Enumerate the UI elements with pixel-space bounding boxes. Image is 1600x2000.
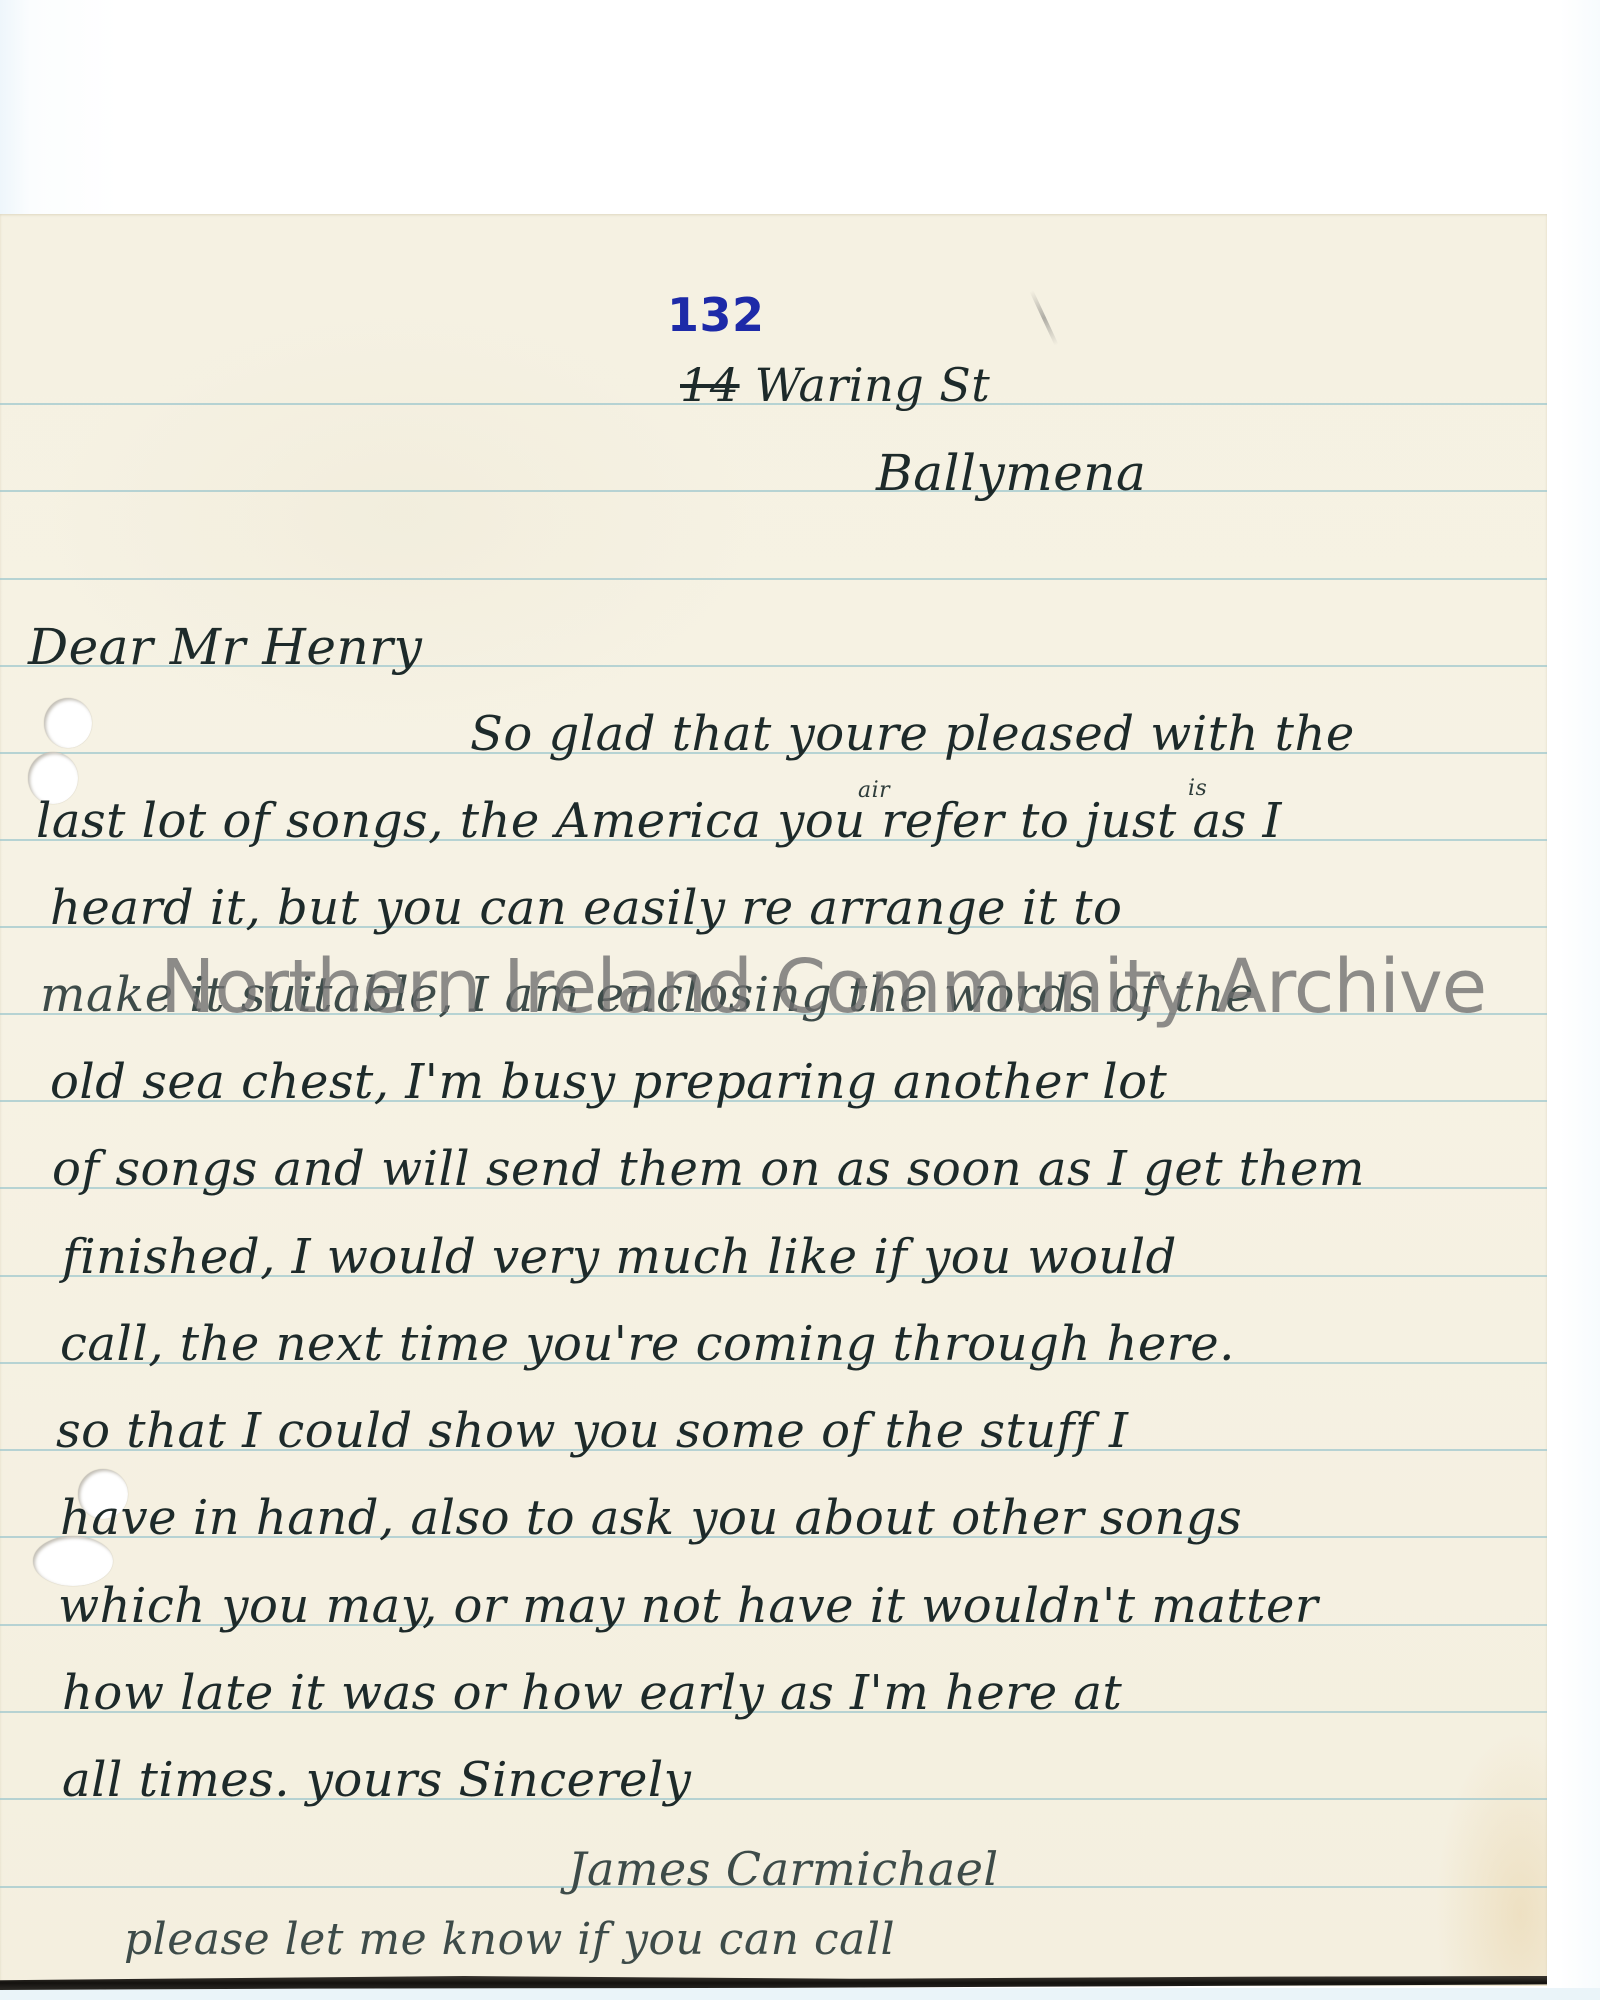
punched-hole — [44, 698, 92, 748]
postscript: please let me know if you can call — [124, 1918, 895, 1962]
address-line-2: Ballymena — [876, 448, 1146, 498]
archive-watermark: Northern Ireland Community Archive — [160, 950, 1450, 1024]
body-line: last lot of songs, the America you refer… — [36, 797, 1282, 845]
body-line: all times. yours Sincerely — [62, 1756, 691, 1804]
body-line: which you may, or may not have it wouldn… — [58, 1582, 1318, 1630]
struck-house-number: 14 — [680, 358, 740, 412]
insertion-air: air — [858, 780, 890, 802]
body-line: so that I could show you some of the stu… — [56, 1407, 1128, 1455]
address-line-1: 14 Waring St — [680, 362, 990, 408]
scanner-background-bottom — [0, 1988, 1600, 2000]
body-line: finished, I would very much like if you … — [62, 1233, 1177, 1281]
insertion-is: is — [1188, 778, 1207, 800]
body-line: have in hand, also to ask you about othe… — [60, 1494, 1242, 1542]
body-line: old sea chest, I'm busy preparing anothe… — [50, 1058, 1167, 1106]
archive-number: 132 — [667, 292, 765, 338]
body-line: call, the next time you're coming throug… — [60, 1320, 1235, 1368]
street-name: Waring St — [755, 358, 991, 412]
rule-line — [0, 578, 1547, 580]
body-line: how late it was or how early as I'm here… — [62, 1669, 1122, 1717]
body-line: heard it, but you can easily re arrange … — [50, 884, 1122, 932]
body-line: So glad that youre pleased with the — [470, 710, 1355, 758]
signature: James Carmichael — [568, 1846, 999, 1892]
salutation: Dear Mr Henry — [28, 622, 422, 672]
rule-line — [0, 490, 1547, 492]
body-line: of songs and will send them on as soon a… — [52, 1145, 1365, 1193]
